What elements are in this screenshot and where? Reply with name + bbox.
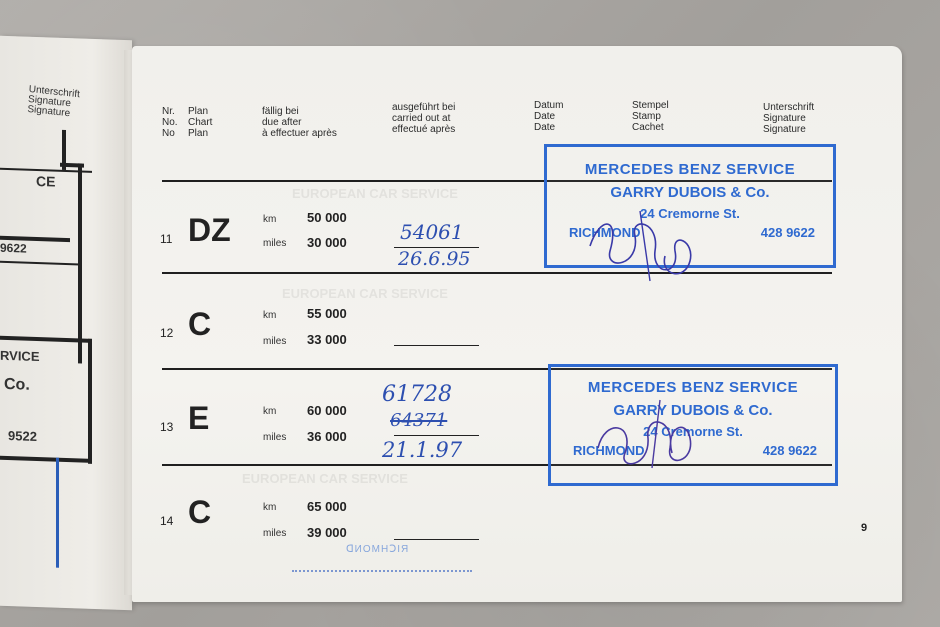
- bleed-through-text: EUROPEAN CAR SERVICE: [292, 186, 458, 201]
- bleed-through-text: EUROPEAN CAR SERVICE: [282, 286, 448, 301]
- left-fragment: Co.: [4, 376, 30, 395]
- page-number: 9: [861, 522, 867, 534]
- header-date-fr: Date: [534, 122, 563, 133]
- stamp-address: 24 Cremorne St.: [551, 424, 835, 439]
- header-stamp: Stempel Stamp Cachet: [632, 100, 669, 133]
- header-due: fällig bei due after à effectuer après: [262, 106, 337, 139]
- row-number: 11: [160, 232, 172, 246]
- header-plan-fr: Plan: [188, 128, 212, 139]
- miles-label: miles: [263, 238, 286, 249]
- miles-label: miles: [263, 528, 286, 539]
- header-date-de: Datum: [534, 100, 563, 111]
- left-stamp-line: [88, 339, 92, 464]
- miles-value: 36 000: [307, 429, 347, 444]
- header-date: Datum Date Date: [534, 100, 563, 133]
- km-value: 65 000: [307, 499, 347, 514]
- header-nr-en: No.: [162, 117, 178, 128]
- header-done-de: ausgeführt bei: [392, 102, 455, 113]
- row-plan-code: C: [188, 496, 211, 528]
- left-page-signature-header: Unterschrift Signature Signature: [27, 85, 80, 120]
- miles-value: 33 000: [307, 332, 347, 347]
- header-signature-de: Unterschrift: [763, 102, 814, 113]
- row-number: 14: [160, 514, 173, 528]
- header-nr: Nr. No. No: [162, 106, 178, 139]
- row-plan-code: C: [188, 308, 211, 340]
- header-signature-en: Signature: [763, 113, 814, 124]
- header-plan-de: Plan: [188, 106, 212, 117]
- header-nr-de: Nr.: [162, 106, 178, 117]
- stamp-address: 24 Cremorne St.: [547, 206, 833, 221]
- row-number: 12: [160, 326, 173, 340]
- faint-stamp-edge: [292, 570, 472, 572]
- stamp-city: RICHMOND: [569, 225, 641, 240]
- km-value: 55 000: [307, 306, 347, 321]
- header-done: ausgeführt bei carried out at effectué a…: [392, 102, 455, 135]
- header-date-en: Date: [534, 111, 563, 122]
- service-record-page: EUROPEAN CAR SERVICE EUROPEAN CAR SERVIC…: [132, 46, 902, 602]
- row-plan-code: E: [188, 402, 209, 434]
- handwritten-struck-odometer: 64371: [390, 410, 447, 431]
- header-signature: Unterschrift Signature Signature: [763, 102, 814, 135]
- miles-label: miles: [263, 336, 286, 347]
- left-fragment: CE: [36, 173, 55, 190]
- header-done-fr: effectué après: [392, 124, 455, 135]
- header-signature-fr: Signature: [763, 124, 814, 135]
- carried-out-line: [394, 345, 479, 346]
- header-due-de: fällig bei: [262, 106, 337, 117]
- header-due-fr: à effectuer après: [262, 128, 337, 139]
- header-plan: Plan Chart Plan: [188, 106, 212, 139]
- header-stamp-de: Stempel: [632, 100, 669, 111]
- handwritten-odometer: 54061: [400, 220, 464, 244]
- km-label: km: [263, 310, 276, 321]
- stamp-title: MERCEDES BENZ SERVICE: [551, 379, 835, 396]
- left-page: Unterschrift Signature Signature CE 9622…: [0, 36, 132, 611]
- km-label: km: [263, 214, 276, 225]
- handwritten-date: 26.6.95: [398, 248, 471, 270]
- stamp-company: GARRY DUBOIS & Co.: [551, 402, 835, 419]
- left-fragment: 9622: [0, 241, 27, 256]
- left-rule: [0, 261, 80, 266]
- km-value: 60 000: [307, 403, 347, 418]
- row-plan-code: DZ: [188, 214, 231, 246]
- left-fragment: RVICE: [0, 348, 40, 364]
- handwritten-odometer: 61728: [382, 382, 452, 407]
- header-stamp-en: Stamp: [632, 111, 669, 122]
- stamp-phone: 428 9622: [761, 225, 815, 240]
- km-value: 50 000: [307, 210, 347, 225]
- carried-out-line: [394, 435, 479, 436]
- miles-value: 39 000: [307, 525, 347, 540]
- carried-out-line: [394, 539, 479, 540]
- miles-value: 30 000: [307, 235, 347, 250]
- header-due-en: due after: [262, 117, 337, 128]
- left-fragment: 9522: [8, 428, 37, 444]
- handwritten-date: 21.1.97: [382, 438, 462, 462]
- row-number: 13: [160, 420, 173, 434]
- km-label: km: [263, 502, 276, 513]
- dealer-stamp: MERCEDES BENZ SERVICE GARRY DUBOIS & Co.…: [544, 144, 836, 268]
- km-label: km: [263, 406, 276, 417]
- stamp-company: GARRY DUBOIS & Co.: [547, 184, 833, 201]
- faint-stamp-offset: ᗡИOMHↃIЯ: [346, 544, 409, 555]
- header-plan-en: Chart: [188, 117, 212, 128]
- stamp-phone: 428 9622: [763, 443, 817, 458]
- stamp-city: RICHMOND: [573, 443, 645, 458]
- left-stamp-line: [0, 456, 92, 463]
- row-divider: [162, 272, 832, 274]
- bleed-through-text: EUROPEAN CAR SERVICE: [242, 471, 408, 486]
- stamp-title: MERCEDES BENZ SERVICE: [547, 161, 833, 178]
- dealer-stamp: MERCEDES BENZ SERVICE GARRY DUBOIS & Co.…: [548, 364, 838, 486]
- header-done-en: carried out at: [392, 113, 455, 124]
- header-nr-fr: No: [162, 128, 178, 139]
- header-stamp-fr: Cachet: [632, 122, 669, 133]
- left-blue-ink-line: [56, 458, 59, 568]
- miles-label: miles: [263, 432, 286, 443]
